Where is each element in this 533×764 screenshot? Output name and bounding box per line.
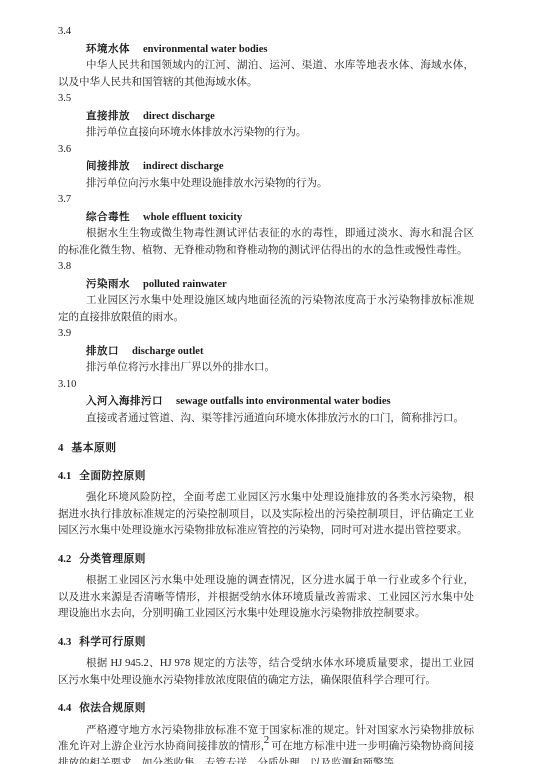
section-paragraph: 根据工业园区污水集中处理设施的调查情况，区分进水属于单一行业或多个行业，以及进水… (58, 573, 474, 623)
term-block: 3.4 环境水体environmental water bodies 中华人民共… (58, 24, 474, 91)
chapter-number: 4 (58, 442, 63, 454)
term-heading: 直接排放direct discharge (58, 108, 474, 126)
term-name-en: sewage outfalls into environmental water… (176, 396, 391, 407)
term-name-en: indirect discharge (143, 161, 224, 172)
section-number: 4.1 (58, 471, 71, 482)
clause-number: 3.7 (58, 192, 474, 209)
section-title: 科学可行原则 (79, 636, 146, 648)
principle-block: 4.3科学可行原则 根据 HJ 945.2、HJ 978 规定的方法等，结合受纳… (58, 634, 474, 690)
term-name-zh: 排放口 (86, 345, 119, 357)
section-heading: 4.4依法合规原则 (58, 700, 474, 718)
clause-number: 3.5 (58, 91, 474, 108)
term-block: 3.6 间接排放indirect discharge 排污单位向污水集中处理设施… (58, 142, 474, 193)
term-definition: 排污单位向污水集中处理设施排放水污染物的行为。 (58, 176, 474, 193)
term-heading: 综合毒性whole effluent toxicity (58, 209, 474, 227)
term-name-zh: 污染雨水 (86, 278, 130, 290)
term-block: 3.8 污染雨水polluted rainwater 工业园区污水集中处理设施区… (58, 259, 474, 326)
term-name-zh: 综合毒性 (86, 211, 130, 223)
section-heading: 4.2分类管理原则 (58, 551, 474, 569)
term-definition: 中华人民共和国领域内的江河、湖泊、运河、渠道、水库等地表水体、海域水体，以及中华… (58, 58, 474, 91)
term-name-en: discharge outlet (132, 346, 203, 357)
term-name-zh: 直接排放 (86, 110, 130, 122)
chapter-title: 基本原则 (71, 442, 116, 454)
section-number: 4.4 (58, 703, 71, 714)
term-block: 3.9 排放口discharge outlet 排污单位将污水排出厂界以外的排水… (58, 326, 474, 377)
term-heading: 排放口discharge outlet (58, 343, 474, 361)
chapter-heading: 4基本原则 (58, 440, 474, 457)
term-heading: 入河入海排污口sewage outfalls into environmenta… (58, 393, 474, 411)
term-definition: 直接或者通过管道、沟、渠等排污通道向环境水体排放污水的口门，简称排污口。 (58, 411, 474, 428)
section-title: 分类管理原则 (79, 553, 146, 565)
term-heading: 间接排放indirect discharge (58, 158, 474, 176)
term-definition: 根据水生生物或微生物毒性测试评估表征的水的毒性，即通过淡水、海水和混合区的标准化… (58, 226, 474, 259)
term-name-en: direct discharge (143, 111, 215, 122)
term-definition: 排污单位直接向环境水体排放水污染物的行为。 (58, 125, 474, 142)
clause-number: 3.6 (58, 142, 474, 159)
term-block: 3.5 直接排放direct discharge 排污单位直接向环境水体排放水污… (58, 91, 474, 142)
section-paragraph: 根据 HJ 945.2、HJ 978 规定的方法等，结合受纳水体水环境质量要求，… (58, 656, 474, 689)
section-heading: 4.1全面防控原则 (58, 468, 474, 486)
term-name-en: environmental water bodies (143, 44, 267, 55)
clause-number: 3.9 (58, 326, 474, 343)
section-number: 4.3 (58, 637, 71, 648)
term-name-en: whole effluent toxicity (143, 212, 242, 223)
principle-block: 4.1全面防控原则 强化环境风险防控，全面考虑工业园区污水集中处理设施排放的各类… (58, 468, 474, 540)
term-block: 3.10 入河入海排污口sewage outfalls into environ… (58, 377, 474, 428)
term-name-en: polluted rainwater (143, 279, 227, 290)
section-title: 全面防控原则 (79, 470, 146, 482)
term-name-zh: 环境水体 (86, 43, 130, 55)
clause-number: 3.4 (58, 24, 474, 41)
page-number: 2 (0, 732, 533, 749)
term-block: 3.7 综合毒性whole effluent toxicity 根据水生生物或微… (58, 192, 474, 259)
term-heading: 环境水体environmental water bodies (58, 41, 474, 59)
clause-number: 3.8 (58, 259, 474, 276)
term-definition: 工业园区污水集中处理设施区域内地面径流的污染物浓度高于水污染物排放标准规定的直接… (58, 293, 474, 326)
term-heading: 污染雨水polluted rainwater (58, 276, 474, 294)
section-heading: 4.3科学可行原则 (58, 634, 474, 652)
term-name-zh: 入河入海排污口 (86, 395, 163, 407)
section-number: 4.2 (58, 554, 71, 565)
principle-block: 4.2分类管理原则 根据工业园区污水集中处理设施的调查情况，区分进水属于单一行业… (58, 551, 474, 623)
term-name-zh: 间接排放 (86, 160, 130, 172)
section-paragraph: 强化环境风险防控，全面考虑工业园区污水集中处理设施排放的各类水污染物，根据进水执… (58, 490, 474, 540)
clause-number: 3.10 (58, 377, 474, 394)
document-page: 3.4 环境水体environmental water bodies 中华人民共… (58, 24, 474, 764)
section-title: 依法合规原则 (79, 702, 146, 714)
term-definition: 排污单位将污水排出厂界以外的排水口。 (58, 360, 474, 377)
